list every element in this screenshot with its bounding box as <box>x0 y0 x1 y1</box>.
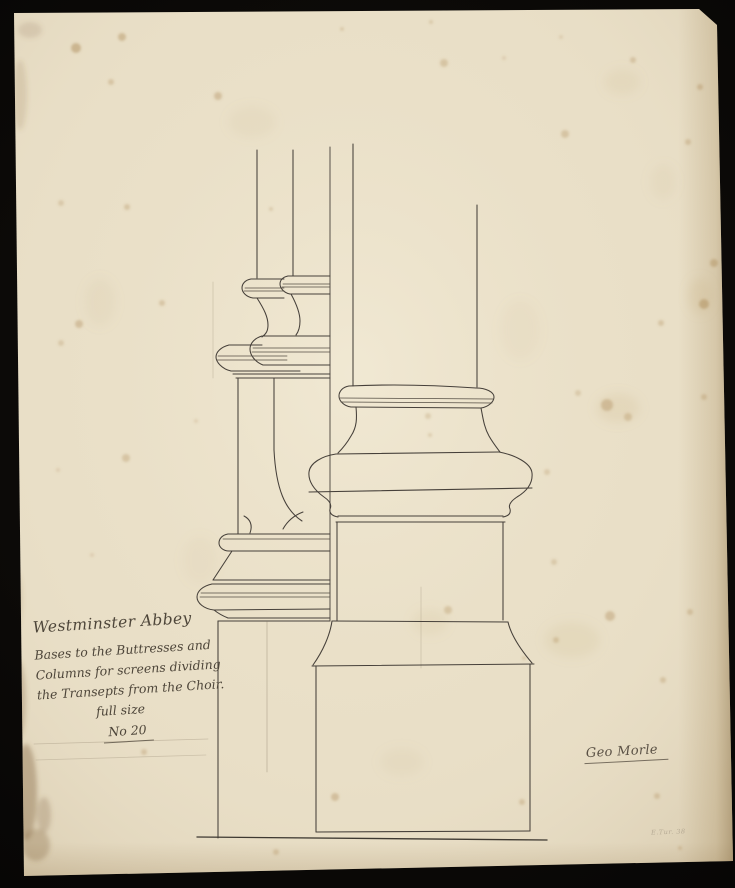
inscription-block: Westminster Abbey Bases to the Buttresse… <box>32 606 254 748</box>
right-deckle-edge-shading <box>678 6 735 868</box>
pencil-accession-note: E.Tur. 38 <box>651 827 686 836</box>
bottom-edge-shading <box>10 842 735 878</box>
photograph-of-drawing: Westminster Abbey Bases to the Buttresse… <box>0 0 735 888</box>
inscription-sheet-number: No 20 <box>103 720 155 744</box>
